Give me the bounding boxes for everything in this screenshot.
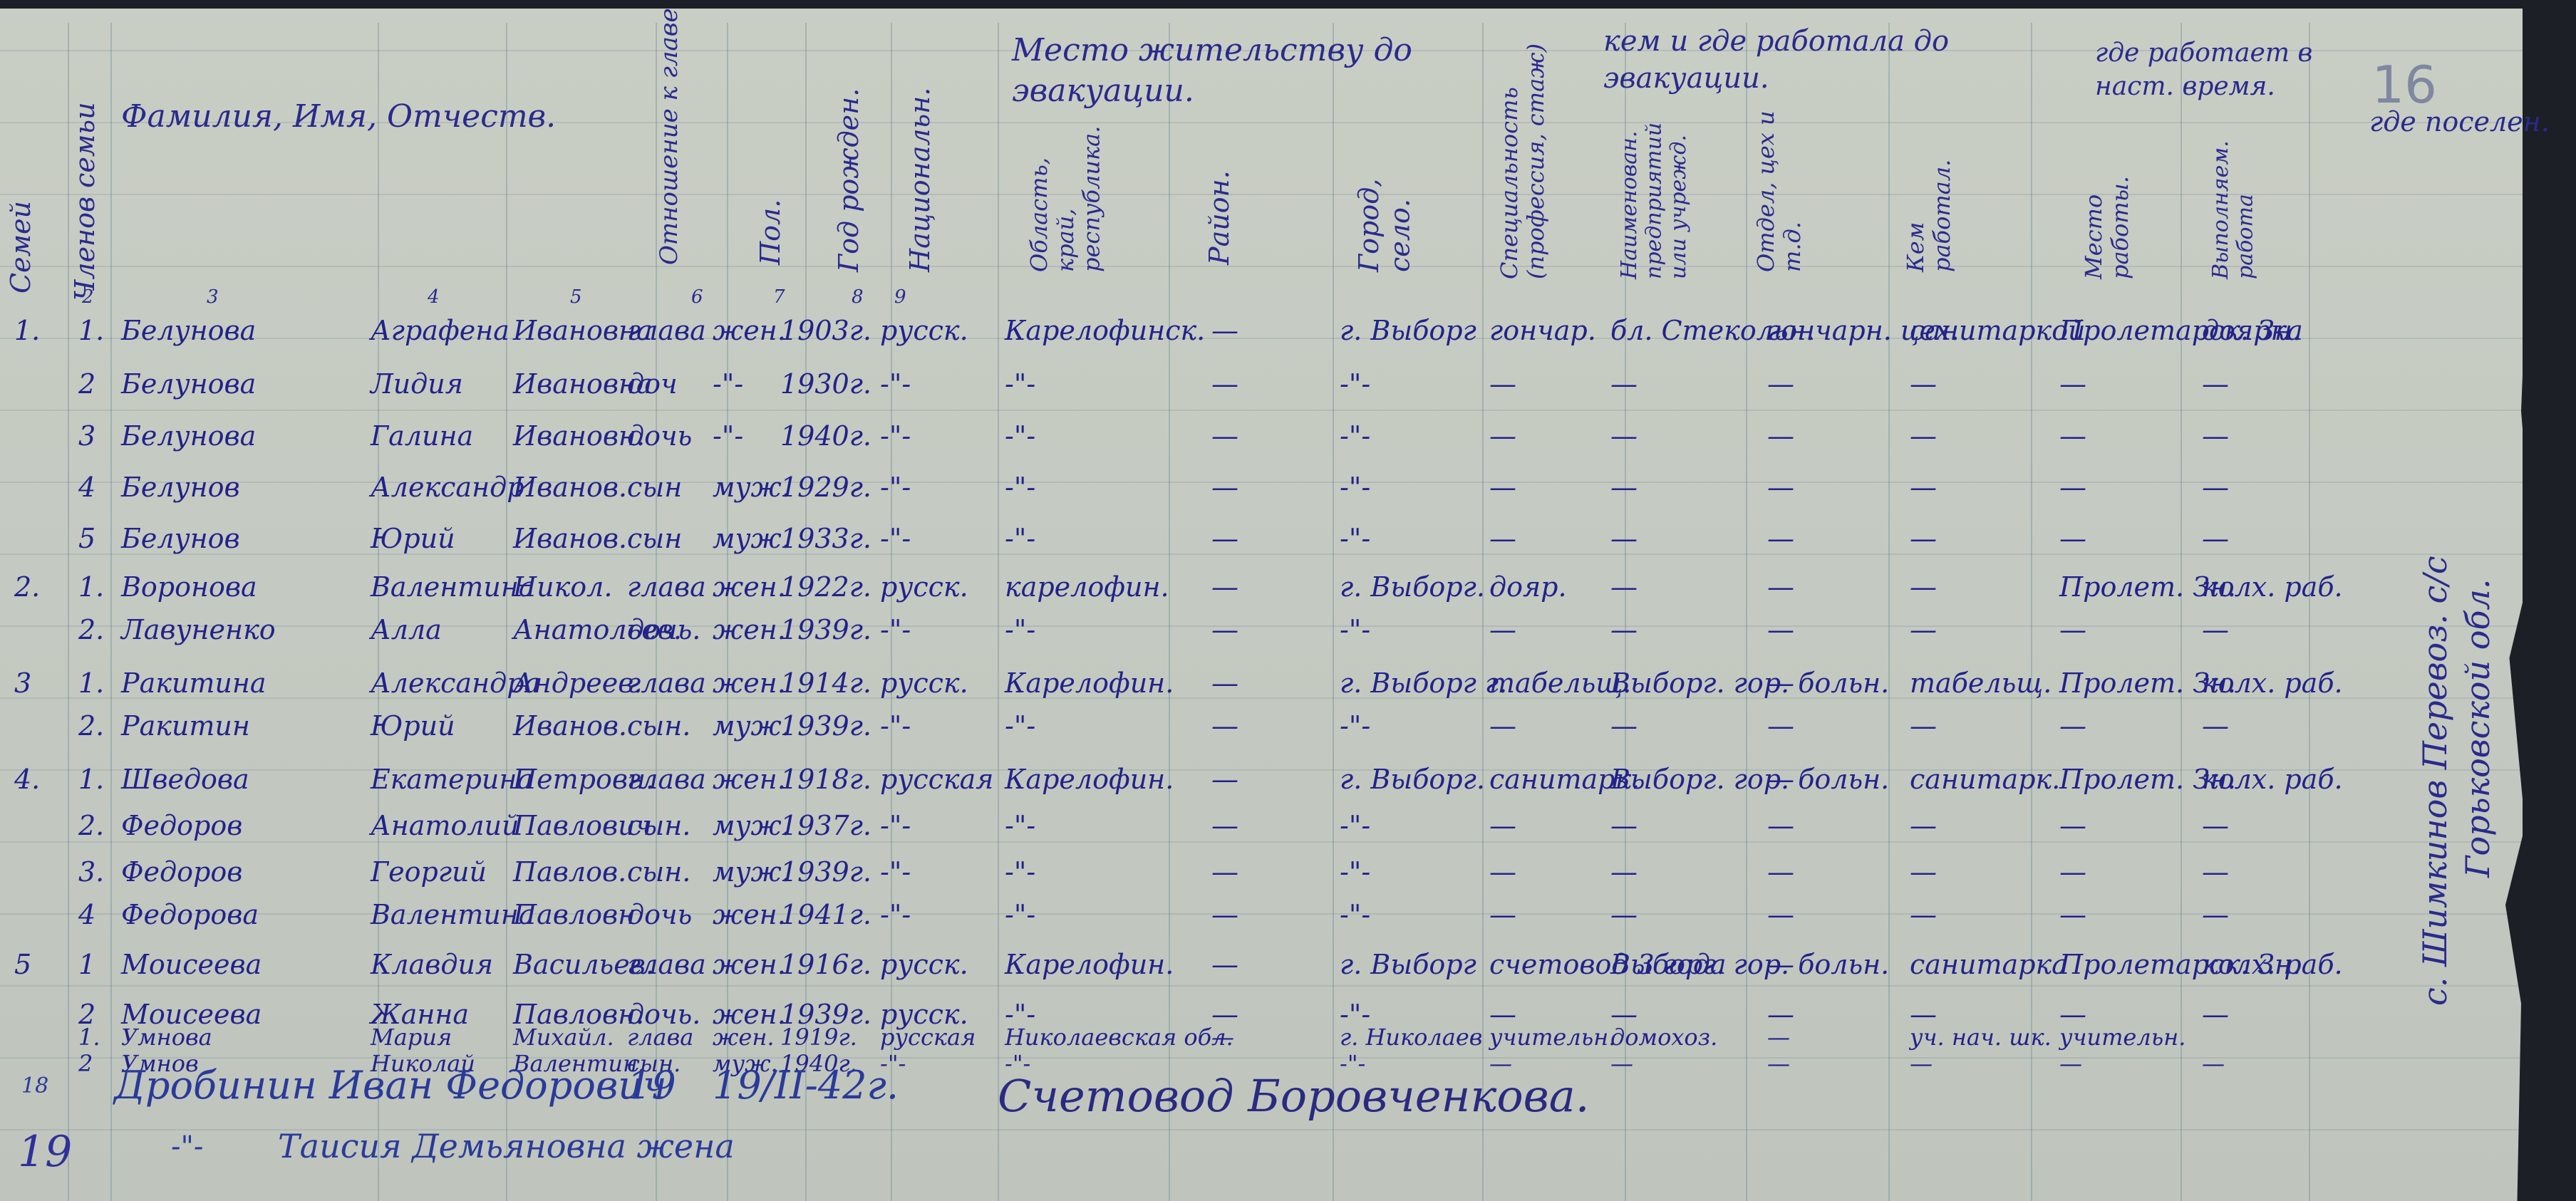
header-birth-year: Год рожден. xyxy=(834,73,865,272)
cell-surname: Ракитина xyxy=(121,667,267,699)
cell-patr: Михайл. xyxy=(513,1024,614,1051)
cell-work: колх. раб. xyxy=(2202,571,2343,603)
cell-district: — xyxy=(1211,810,1238,841)
cell-ent: — xyxy=(1610,523,1638,554)
header-member-no: Членов семьи xyxy=(70,115,101,301)
cell-ent: Выборг. гор. больн. xyxy=(1610,667,1889,699)
cell-sex: -"- xyxy=(713,368,743,400)
cell-ent: — xyxy=(1610,856,1638,888)
cell-work: — xyxy=(2202,710,2229,742)
cell-rel: дочь xyxy=(627,420,692,452)
cell-city: г. Выборг xyxy=(1340,315,1476,346)
cell-year: 1930г. xyxy=(780,368,871,400)
column-number: 8 xyxy=(852,286,864,308)
cell-mem: 3 xyxy=(78,420,95,452)
cell-region: -"- xyxy=(1005,420,1035,452)
cell-sex: муж. xyxy=(713,523,790,554)
cell-rel: сын. xyxy=(627,710,690,742)
table-row: 1.1.БелуноваАграфенаИвановнаглаважен.190… xyxy=(0,315,2352,358)
cell-sex: жен. xyxy=(713,571,786,603)
cell-patr: Иванов. xyxy=(513,472,627,503)
table-row: 4.1.ШведоваЕкатеринаПетровн.главажен.191… xyxy=(0,764,2352,806)
table-row: 2БелуноваЛидияИвановнадоч-"-1930г.-"--"-… xyxy=(0,368,2352,411)
cell-wp: — xyxy=(2059,710,2086,742)
header-specialty: Специальность (профессия, стаж) xyxy=(1496,23,1568,279)
table-row: 4ФедороваВалентинаПавловндочьжен.1941г.-… xyxy=(0,899,2352,942)
cell-work: — xyxy=(2202,614,2229,645)
cell-region: Карелофин. xyxy=(1005,949,1174,980)
cell-district: — xyxy=(1211,614,1238,645)
cell-nat: -"- xyxy=(880,899,911,930)
cell-year: 1929г. xyxy=(780,472,871,503)
cell-year: 1939г. xyxy=(780,856,871,888)
cell-city: -"- xyxy=(1340,710,1370,742)
cell-rel: сын xyxy=(627,523,682,554)
column-number: 9 xyxy=(894,286,906,308)
cell-name: Валентина xyxy=(371,899,535,930)
cell-mem: 1. xyxy=(78,667,104,699)
cell-dept: — xyxy=(1767,810,1794,841)
header-enterprise: Наименован. предприятий или учрежд. xyxy=(1618,80,1717,279)
table-row: 3.ФедоровГеоргийПавлов.сын.муж.1939г.-"-… xyxy=(0,856,2352,899)
cell-region: -"- xyxy=(1005,899,1035,930)
cell-sex: -"- xyxy=(713,420,743,452)
cell-rel: доч xyxy=(627,368,678,400)
cell-nat: -"- xyxy=(880,856,911,888)
cell-surname: Умнова xyxy=(121,1024,212,1051)
cell-patr: Павловн xyxy=(513,899,636,930)
cell-mem: 4 xyxy=(78,472,95,503)
header-city: Город, село. xyxy=(1354,172,1425,272)
cell-pos: уч. нач. шк. xyxy=(1910,1024,2052,1051)
cell-ent: — xyxy=(1610,810,1638,841)
cell-fam: 4. xyxy=(14,764,40,795)
table-row: 2.1.ВороноваВалентинаНикол.главажен.1922… xyxy=(0,571,2352,614)
cell-sex: жен. xyxy=(713,614,786,645)
cell-pos: санитарк. xyxy=(1910,764,2060,795)
cell-city: г. Выборг. xyxy=(1340,571,1485,603)
cell-rel: дочь. xyxy=(627,614,700,645)
cell-mem: 5 xyxy=(78,523,95,554)
cell-ent: — xyxy=(1610,1050,1633,1077)
cell-name: Алла xyxy=(371,614,442,645)
table-row: 51МоисееваКлавдияВасильев.главажен.1916г… xyxy=(0,949,2352,992)
cell-mem: 1. xyxy=(78,315,104,346)
column-number: 7 xyxy=(773,286,785,308)
cell-region: -"- xyxy=(1005,614,1035,645)
cell-nat: русск. xyxy=(880,949,968,980)
header-relation: Отношение к главе семьи xyxy=(656,23,720,265)
cell-sex: муж. xyxy=(713,810,790,841)
cell-rel: глава xyxy=(627,764,706,795)
cell-spec: — xyxy=(1489,614,1516,645)
cell-wp: — xyxy=(2059,614,2086,645)
cell-rel: сын. xyxy=(627,810,690,841)
cell-pos: — xyxy=(1910,472,1937,503)
cell-dept: — xyxy=(1767,899,1794,930)
header-family-no: Семей xyxy=(6,151,37,293)
cell-work: — xyxy=(2202,856,2229,888)
cell-fam: 1. xyxy=(14,315,40,346)
cell-name: Екатерина xyxy=(371,764,533,795)
cell-district: — xyxy=(1211,571,1238,603)
cell-dept: — xyxy=(1767,1050,1790,1077)
cell-year: 1922г. xyxy=(780,571,871,603)
header-current-work-group: где работает в наст. время. xyxy=(2095,37,2323,104)
cell-district: — xyxy=(1211,1024,1234,1051)
cell-city: -"- xyxy=(1340,614,1370,645)
cell-sex: жен. xyxy=(713,899,786,930)
cell-rel: сын. xyxy=(627,856,690,888)
cell-district: — xyxy=(1211,420,1238,452)
cell-surname: Белунов xyxy=(121,472,240,503)
cell-spec: — xyxy=(1489,899,1516,930)
footer-row18-year: 19 xyxy=(627,1063,676,1108)
cell-pos: — xyxy=(1910,571,1937,603)
cell-mem: 4 xyxy=(78,899,95,930)
table-row: 4БелуновАлександрИванов.сынмуж.1929г.-"-… xyxy=(0,472,2352,514)
cell-mem: 2 xyxy=(78,1050,93,1077)
cell-region: -"- xyxy=(1005,368,1035,400)
cell-surname: Шведова xyxy=(121,764,249,795)
cell-sex: жен. xyxy=(713,667,786,699)
cell-work: — xyxy=(2202,899,2229,930)
table-row: 2.ЛавуненкоАллаАнатольев.дочь.жен.1939г.… xyxy=(0,614,2352,657)
cell-dept: — xyxy=(1767,571,1794,603)
cell-spec: гончар. xyxy=(1489,315,1596,346)
cell-dept: — xyxy=(1767,764,1794,795)
cell-nat: русская xyxy=(880,1024,976,1051)
cell-spec: — xyxy=(1489,710,1516,742)
cell-pos: — xyxy=(1910,899,1937,930)
cell-mem: 1. xyxy=(78,571,104,603)
cell-sex: жен. xyxy=(713,1024,775,1051)
cell-pos: — xyxy=(1910,1050,1933,1077)
cell-name: Лидия xyxy=(371,368,463,400)
cell-pos: — xyxy=(1910,810,1937,841)
cell-mem: 2 xyxy=(78,368,95,400)
cell-nat: -"- xyxy=(880,710,911,742)
cell-year: 1940г. xyxy=(780,420,871,452)
header-district: Район. xyxy=(1204,151,1236,265)
cell-region: -"- xyxy=(1005,810,1035,841)
cell-nat: русская xyxy=(880,764,993,795)
cell-wp: учительн. xyxy=(2059,1024,2186,1051)
register-sheet: 16 Семей Членов семьи Фамилия, Имя, Отче… xyxy=(0,9,2523,1201)
cell-region: карелофин. xyxy=(1005,571,1169,603)
cell-surname: Белунова xyxy=(121,315,256,346)
cell-surname: Белунова xyxy=(121,420,256,452)
cell-work: колх. раб. xyxy=(2202,764,2343,795)
accountant-signature: Счетовод Боровченкова. xyxy=(998,1070,1589,1122)
cell-year: 1903г. xyxy=(780,315,871,346)
cell-city: г. Николаев xyxy=(1340,1024,1482,1051)
cell-name: Валентина xyxy=(371,571,535,603)
cell-surname: Белунов xyxy=(121,523,240,554)
cell-ent: — xyxy=(1610,368,1638,400)
cell-spec: — xyxy=(1489,810,1516,841)
cell-surname: Воронова xyxy=(121,571,257,603)
settled-note-line2: Горьковской обл. xyxy=(2458,450,2497,878)
cell-ent: домохоз. xyxy=(1610,1024,1717,1051)
cell-sex: муж. xyxy=(713,472,790,503)
cell-name: Георгий xyxy=(371,856,487,888)
cell-city: -"- xyxy=(1340,420,1370,452)
cell-city: -"- xyxy=(1340,810,1370,841)
header-position: Кем работал. xyxy=(1903,115,1967,272)
cell-mem: 2. xyxy=(78,710,104,742)
cell-rel: глава xyxy=(627,949,706,980)
cell-nat: русск. xyxy=(880,571,968,603)
cell-district: — xyxy=(1211,710,1238,742)
cell-fam: 2. xyxy=(14,571,40,603)
cell-district: — xyxy=(1211,472,1238,503)
cell-nat: -"- xyxy=(880,614,911,645)
cell-wp: — xyxy=(2059,420,2086,452)
cell-rel: сын xyxy=(627,472,682,503)
cell-work: — xyxy=(2202,368,2229,400)
cell-district: — xyxy=(1211,315,1238,346)
header-settled: где поселен. xyxy=(2369,108,2550,135)
cell-mem: 3. xyxy=(78,856,104,888)
cell-fam: 5 xyxy=(14,949,31,980)
cell-wp: — xyxy=(2059,899,2086,930)
cell-rel: глава xyxy=(627,571,706,603)
cell-spec: — xyxy=(1489,523,1516,554)
cell-ent: — xyxy=(1610,571,1638,603)
cell-name: Юрий xyxy=(371,523,455,554)
cell-sex: муж. xyxy=(713,710,790,742)
cell-city: г. Выборг xyxy=(1340,949,1476,980)
cell-wp: — xyxy=(2059,810,2086,841)
cell-region: Карелофин. xyxy=(1005,764,1174,795)
cell-rel: дочь xyxy=(627,899,692,930)
cell-work: колх. раб. xyxy=(2202,667,2343,699)
cell-ent: — xyxy=(1610,420,1638,452)
cell-work: колх. раб. xyxy=(2202,949,2343,980)
cell-name: Клавдия xyxy=(371,949,493,980)
cell-surname: Ракитин xyxy=(121,710,250,742)
table-row: 3БелуноваГалинаИвановн.дочь-"-1940г.-"--… xyxy=(0,420,2352,463)
cell-name: Юрий xyxy=(371,710,455,742)
cell-ent: — xyxy=(1610,472,1638,503)
header-work-performed: Выполняем. работа xyxy=(2209,108,2287,279)
table-row: 31.РакитинаАлександраАндреев.главажен.19… xyxy=(0,667,2352,710)
footer-row19-name: Таисия Демьяновна жена xyxy=(278,1127,735,1165)
cell-surname: Белунова xyxy=(121,368,256,400)
cell-sex: жен. xyxy=(713,949,786,980)
cell-nat: -"- xyxy=(880,420,911,452)
cell-year: 1919г. xyxy=(780,1024,857,1051)
footer-row18-num: 18 xyxy=(21,1073,48,1098)
cell-dept: — xyxy=(1767,856,1794,888)
cell-pos: — xyxy=(1910,710,1937,742)
cell-pos: санитарка xyxy=(1910,949,2068,980)
cell-rel: глава xyxy=(627,667,706,699)
cell-region: Карелофинск. xyxy=(1005,315,1205,346)
cell-spec: — xyxy=(1489,368,1516,400)
cell-dept: — xyxy=(1767,472,1794,503)
cell-sex: муж. xyxy=(713,856,790,888)
cell-dept: — xyxy=(1767,614,1794,645)
cell-ent: — xyxy=(1610,614,1638,645)
cell-nat: русск. xyxy=(880,315,968,346)
cell-dept: — xyxy=(1767,710,1794,742)
cell-ent: Выборг. гор. больн. xyxy=(1610,764,1889,795)
cell-region: -"- xyxy=(1005,856,1035,888)
cell-pos: — xyxy=(1910,368,1937,400)
cell-year: 1918г. xyxy=(780,764,871,795)
table-row: 2.РакитинЮрийИванов.сын.муж.1939г.-"--"-… xyxy=(0,710,2352,753)
cell-region: Карелофин. xyxy=(1005,667,1174,699)
cell-work: доярка xyxy=(2202,315,2303,346)
cell-wp: — xyxy=(2059,1050,2082,1077)
cell-mem: 1 xyxy=(78,949,95,980)
cell-region: -"- xyxy=(1005,710,1035,742)
cell-fam: 3 xyxy=(14,667,31,699)
cell-year: 1939г. xyxy=(780,614,871,645)
cell-district: — xyxy=(1211,368,1238,400)
cell-surname: Федоров xyxy=(121,856,242,888)
cell-mem: 1. xyxy=(78,1024,100,1051)
table-row: 5БелуновЮрийИванов.сынмуж.1933г.-"--"-—-… xyxy=(0,523,2352,566)
cell-district: — xyxy=(1211,667,1238,699)
cell-nat: русск. xyxy=(880,667,968,699)
column-number: 5 xyxy=(570,286,582,308)
cell-nat: -"- xyxy=(880,810,911,841)
cell-nat: -"- xyxy=(880,368,911,400)
cell-patr: Иванов. xyxy=(513,710,627,742)
footer-row18-name: Дробинин Иван Федорович xyxy=(114,1063,667,1108)
table-row: 2.ФедоровАнатолийПавловичсын.муж.1937г.-… xyxy=(0,810,2352,853)
cell-city: г. Выборг. xyxy=(1340,764,1485,795)
cell-pos: — xyxy=(1910,420,1937,452)
cell-district: — xyxy=(1211,856,1238,888)
cell-spec: — xyxy=(1489,420,1516,452)
cell-dept: — xyxy=(1767,949,1794,980)
cell-ent: Выборг. гор. больн. xyxy=(1610,949,1889,980)
cell-patr: Павлов. xyxy=(513,856,626,888)
cell-sex: жен. xyxy=(713,315,786,346)
cell-region: -"- xyxy=(1005,472,1035,503)
cell-district: — xyxy=(1211,899,1238,930)
cell-nat: -"- xyxy=(880,523,911,554)
cell-wp: — xyxy=(2059,523,2086,554)
cell-patr: Андреев. xyxy=(513,667,642,699)
cell-pos: — xyxy=(1910,523,1937,554)
cell-city: -"- xyxy=(1340,856,1370,888)
cell-year: 1914г. xyxy=(780,667,871,699)
cell-mem: 2. xyxy=(78,614,104,645)
cell-sex: жен. xyxy=(713,764,786,795)
cell-city: -"- xyxy=(1340,899,1370,930)
cell-name: Галина xyxy=(371,420,473,452)
header-full-name: Фамилия, Имя, Отчеств. xyxy=(121,101,556,132)
cell-work: — xyxy=(2202,420,2229,452)
cell-wp: — xyxy=(2059,368,2086,400)
cell-work: — xyxy=(2202,810,2229,841)
cell-surname: Федорова xyxy=(121,899,259,930)
cell-year: 1937г. xyxy=(780,810,871,841)
cell-name: Мария xyxy=(371,1024,452,1051)
cell-year: 1916г. xyxy=(780,949,871,980)
cell-district: — xyxy=(1211,523,1238,554)
footer-date: 19/II-42г. xyxy=(713,1063,899,1108)
cell-year: 1941г. xyxy=(780,899,871,930)
cell-year: 1939г. xyxy=(780,710,871,742)
header-region: Область, край, республика. xyxy=(1026,87,1119,272)
cell-mem: 1. xyxy=(78,764,104,795)
cell-city: -"- xyxy=(1340,472,1370,503)
cell-patr: Иванов. xyxy=(513,523,627,554)
cell-mem: 2. xyxy=(78,810,104,841)
cell-surname: Федоров xyxy=(121,810,242,841)
cell-patr: Ивановн. xyxy=(513,420,645,452)
cell-pos: — xyxy=(1910,614,1937,645)
header-department: Отдел, цех и т.д. xyxy=(1753,101,1817,272)
cell-region: Николаевская обл. xyxy=(1005,1024,1233,1051)
column-number: 4 xyxy=(428,286,440,308)
header-workplace: Место работы. xyxy=(2081,108,2145,279)
cell-pos: табельщ. xyxy=(1910,667,2052,699)
cell-rel: глава xyxy=(627,1024,693,1051)
column-number: 2 xyxy=(82,286,94,308)
cell-work: — xyxy=(2202,472,2229,503)
cell-surname: Лавуненко xyxy=(121,614,276,645)
cell-spec: дояр. xyxy=(1489,571,1567,603)
cell-surname: Моисеева xyxy=(121,949,262,980)
cell-patr: Никол. xyxy=(513,571,612,603)
footer-row19-ditto: -"- xyxy=(171,1130,203,1163)
cell-name: Александр xyxy=(371,472,524,503)
cell-region: -"- xyxy=(1005,523,1035,554)
cell-name: Анатолий xyxy=(371,810,519,841)
column-number: 6 xyxy=(691,286,703,308)
cell-dept: — xyxy=(1767,368,1794,400)
cell-ent: — xyxy=(1610,710,1638,742)
cell-dept: — xyxy=(1767,667,1794,699)
cell-district: — xyxy=(1211,764,1238,795)
footer-row19-num: 19 xyxy=(18,1127,72,1177)
cell-year: 1933г. xyxy=(780,523,871,554)
cell-rel: глава xyxy=(627,315,706,346)
cell-work: — xyxy=(2202,1050,2225,1077)
cell-wp: — xyxy=(2059,856,2086,888)
cell-spec: учительн. xyxy=(1489,1024,1615,1051)
cell-pos: — xyxy=(1910,856,1937,888)
cell-district: — xyxy=(1211,949,1238,980)
settled-note-line1: с. Шимкинов Перевоз. с/с xyxy=(2416,379,2454,1006)
cell-city: г. Выборг г. xyxy=(1340,667,1507,699)
header-sex: Пол. xyxy=(755,151,787,265)
cell-spec: — xyxy=(1489,856,1516,888)
column-number: 3 xyxy=(207,286,219,308)
cell-work: — xyxy=(2202,523,2229,554)
cell-name: Аграфена xyxy=(371,315,509,346)
cell-city: -"- xyxy=(1340,368,1370,400)
cell-dept: — xyxy=(1767,523,1794,554)
header-nationality: Национальн. xyxy=(905,30,936,272)
cell-ent: — xyxy=(1610,899,1638,930)
cell-nat: -"- xyxy=(880,472,911,503)
cell-city: -"- xyxy=(1340,523,1370,554)
cell-dept: — xyxy=(1767,1024,1790,1051)
cell-spec: — xyxy=(1489,472,1516,503)
cell-dept: — xyxy=(1767,420,1794,452)
cell-wp: — xyxy=(2059,472,2086,503)
